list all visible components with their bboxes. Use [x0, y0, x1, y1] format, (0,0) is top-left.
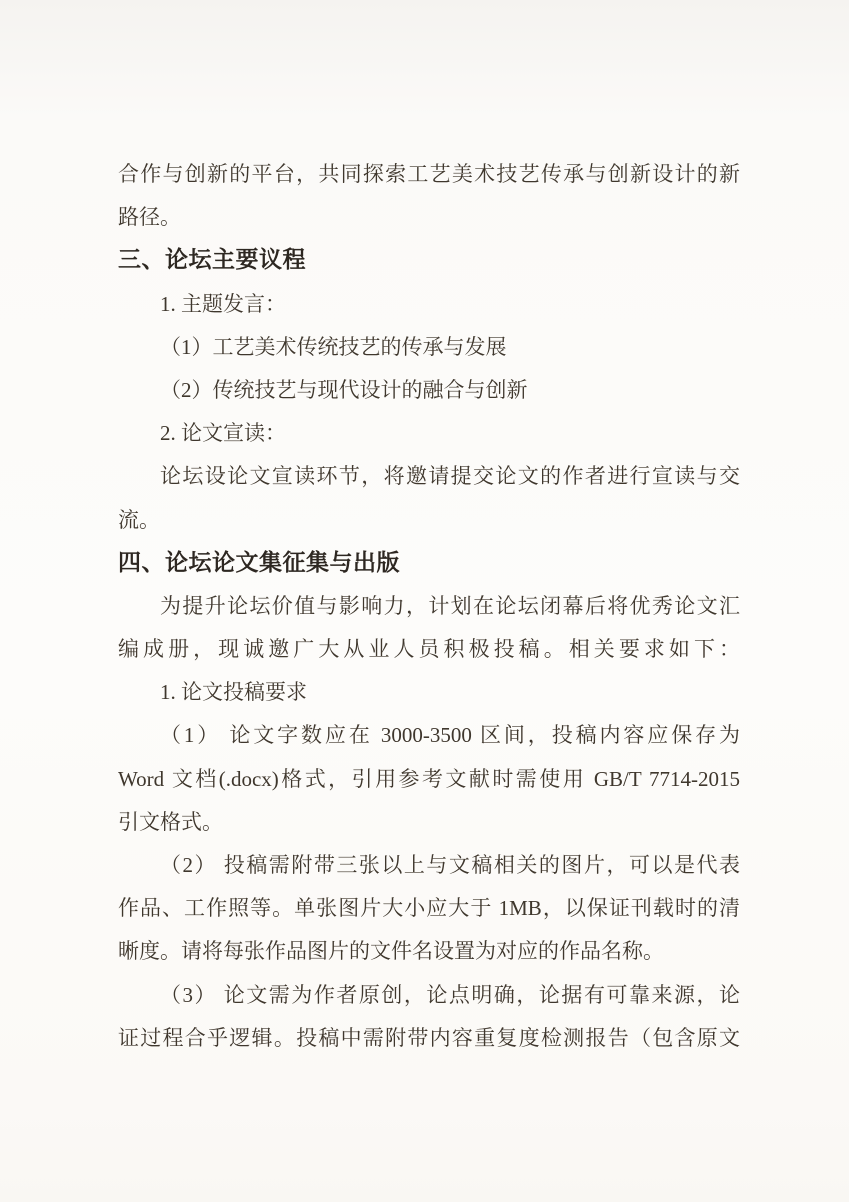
- text-line: （2）传统技艺与现代设计的融合与创新: [118, 369, 740, 412]
- text-line: 1. 论文投稿要求: [118, 671, 740, 714]
- text-line: 证过程合乎逻辑。投稿中需附带内容重复度检测报告（包含原文: [118, 1017, 740, 1060]
- text-line: 论坛设论文宣读环节，将邀请提交论文的作者进行宣读与交: [118, 455, 740, 498]
- text-line: （3） 论文需为作者原创，论点明确，论据有可靠来源，论: [118, 974, 740, 1017]
- text-line: 为提升论坛价值与影响力，计划在论坛闭幕后将优秀论文汇: [118, 585, 740, 628]
- text-line: 合作与创新的平台，共同探索工艺美术技艺传承与创新设计的新: [118, 153, 740, 196]
- text-line: 引文格式。: [118, 801, 740, 844]
- page: 合作与创新的平台，共同探索工艺美术技艺传承与创新设计的新路径。三、论坛主要议程1…: [0, 0, 849, 1202]
- text-line: （2） 投稿需附带三张以上与文稿相关的图片，可以是代表: [118, 844, 740, 887]
- text-line: 1. 主题发言：: [118, 283, 740, 326]
- text-line: 晰度。请将每张作品图片的文件名设置为对应的作品名称。: [118, 930, 740, 973]
- text-line: 2. 论文宣读：: [118, 412, 740, 455]
- text-line: 流。: [118, 499, 740, 542]
- text-line: 作品、工作照等。单张图片大小应大于 1MB，以保证刊载时的清: [118, 887, 740, 930]
- section-heading: 三、论坛主要议程: [118, 239, 740, 282]
- document-body: 合作与创新的平台，共同探索工艺美术技艺传承与创新设计的新路径。三、论坛主要议程1…: [118, 153, 740, 1060]
- text-line: 路径。: [118, 196, 740, 239]
- text-line: （1）工艺美术传统技艺的传承与发展: [118, 326, 740, 369]
- text-line: Word 文档(.docx)格式，引用参考文献时需使用 GB/T 7714-20…: [118, 758, 740, 801]
- text-line: （1） 论文字数应在 3000-3500 区间，投稿内容应保存为: [118, 714, 740, 757]
- text-line: 编成册，现诚邀广大从业人员积极投稿。相关要求如下：: [118, 628, 740, 671]
- section-heading: 四、论坛论文集征集与出版: [118, 542, 740, 585]
